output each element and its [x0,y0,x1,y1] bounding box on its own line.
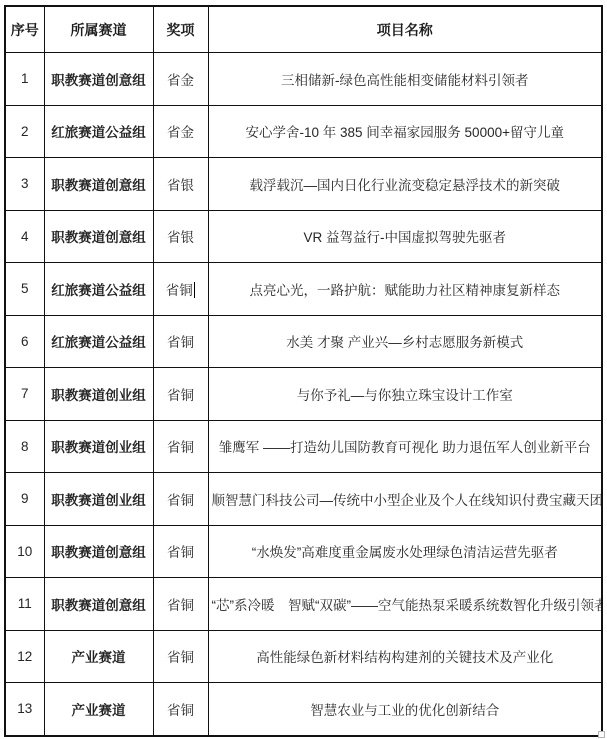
cell-text: 载浮载沉—国内日化行业流变稳定悬浮技术的新突破 [250,178,561,193]
column-header-track[interactable]: 所属赛道 [44,6,153,53]
cell-track[interactable]: 职教赛道创业组 [44,368,153,421]
cell-text: 红旅赛道公益组 [51,125,146,140]
cell-project[interactable]: 载浮载沉—国内日化行业流变稳定悬浮技术的新突破 [208,158,602,211]
cell-text: 省铜 [167,598,194,613]
cell-text: 6 [21,334,29,349]
cell-index[interactable]: 9 [5,473,44,526]
cell-award[interactable]: 省铜 [153,473,208,526]
table-row: 4职教赛道创意组省银VR 益驾益行-中国虚拟驾驶先驱者 [5,210,602,263]
cell-text: 省铜 [167,335,194,350]
cell-award[interactable]: 省铜 [153,368,208,421]
cell-text: 三相储新-绿色高性能相变储能材料引领者 [281,73,529,88]
cell-track[interactable]: 产业赛道 [44,683,153,736]
cell-index[interactable]: 10 [5,525,44,578]
table-row: 8职教赛道创业组省铜雏鹰军 ——打造幼儿国防教育可视化 助力退伍军人创业新平台 [5,420,602,473]
cell-text: 省铜 [167,493,194,508]
cell-award[interactable]: 省银 [153,210,208,263]
cell-text: 4 [21,229,29,244]
cell-text: 省银 [167,230,194,245]
cell-track[interactable]: 红旅赛道公益组 [44,105,153,158]
cell-text: 省铜 [167,440,194,455]
cell-track[interactable]: 红旅赛道公益组 [44,263,153,316]
cell-track[interactable]: 红旅赛道公益组 [44,315,153,368]
cell-award[interactable]: 省金 [153,105,208,158]
cell-text: 职教赛道创业组 [51,493,146,508]
cell-index[interactable]: 13 [5,683,44,736]
table-row: 10职教赛道创意组省铜“水焕发”高难度重金属废水处理绿色清洁运营先驱者 [5,525,602,578]
cell-project[interactable]: 智慧农业与工业的优化创新结合 [208,683,602,736]
table-row: 2红旅赛道公益组省金安心学舍-10 年 385 间幸福家园服务 50000+留守… [5,105,602,158]
cell-index[interactable]: 2 [5,105,44,158]
header-row: 序号所属赛道奖项项目名称 [5,6,602,53]
cell-index[interactable]: 6 [5,315,44,368]
cell-text: 9 [21,491,29,506]
cell-track[interactable]: 职教赛道创意组 [44,158,153,211]
cell-track[interactable]: 职教赛道创业组 [44,473,153,526]
cell-project[interactable]: 点亮心光，一路护航：赋能助力社区精神康复新样态 [208,263,602,316]
cell-text: 与你予礼—与你独立珠宝设计工作室 [297,388,513,403]
cell-text: 省金 [167,125,194,140]
column-header-label: 序号 [11,22,39,38]
table-row: 5红旅赛道公益组省铜点亮心光，一路护航：赋能助力社区精神康复新样态 [5,263,602,316]
cell-text: 3 [21,176,29,191]
cell-track[interactable]: 职教赛道创意组 [44,210,153,263]
cell-text: 职教赛道创意组 [51,73,146,88]
cell-index[interactable]: 11 [5,578,44,631]
cell-text: 1 [21,71,29,86]
cell-text: 职教赛道创意组 [51,598,146,613]
cell-text: 5 [21,281,29,296]
table-row: 3职教赛道创意组省银载浮载沉—国内日化行业流变稳定悬浮技术的新突破 [5,158,602,211]
cell-text: 职教赛道创意组 [51,230,146,245]
cell-index[interactable]: 1 [5,53,44,106]
cell-project[interactable]: VR 益驾益行-中国虚拟驾驶先驱者 [208,210,602,263]
cell-text: 智慧农业与工业的优化创新结合 [310,703,499,718]
cell-index[interactable]: 7 [5,368,44,421]
cell-text: 职教赛道创意组 [51,545,146,560]
cell-text: 产业赛道 [72,650,126,665]
cell-text: 高性能绿色新材料结构构建剂的关键技术及产业化 [256,650,553,665]
cell-text: “芯”系冷暖 智赋“双碳”——空气能热泵采暖系统数智化升级引领者 [212,598,603,613]
cell-text: 8 [21,439,29,454]
column-header-label: 项目名称 [377,22,433,38]
cell-text: 红旅赛道公益组 [51,283,146,298]
table-row: 12产业赛道省铜高性能绿色新材料结构构建剂的关键技术及产业化 [5,630,602,683]
cell-text: 安心学舍-10 年 385 间幸福家园服务 50000+留守儿童 [246,125,564,140]
table-row: 6红旅赛道公益组省铜水美 才聚 产业兴—乡村志愿服务新模式 [5,315,602,368]
cell-award[interactable]: 省银 [153,158,208,211]
cell-text: 11 [18,596,32,611]
cell-text: 省铜 [167,545,194,560]
cell-award[interactable]: 省铜 [153,525,208,578]
document-page: 序号所属赛道奖项项目名称 1职教赛道创意组省金三相储新-绿色高性能相变储能材料引… [0,0,607,739]
table-row: 13产业赛道省铜智慧农业与工业的优化创新结合 [5,683,602,736]
cell-text: 省铜 [167,388,194,403]
table-row: 9职教赛道创业组省铜顺智慧门科技公司—传统中小型企业及个人在线知识付费宝藏天团 [5,473,602,526]
cell-award[interactable]: 省铜 [153,578,208,631]
cell-project[interactable]: 顺智慧门科技公司—传统中小型企业及个人在线知识付费宝藏天团 [208,473,602,526]
cell-text: 点亮心光，一路护航：赋能助力社区精神康复新样态 [250,283,561,298]
cell-project[interactable]: 与你予礼—与你独立珠宝设计工作室 [208,368,602,421]
column-header-award[interactable]: 奖项 [153,6,208,53]
cell-index[interactable]: 5 [5,263,44,316]
cell-text: 10 [17,544,32,559]
cell-text: 红旅赛道公益组 [51,335,146,350]
column-header-label: 奖项 [167,22,195,38]
cell-track[interactable]: 职教赛道创意组 [44,53,153,106]
table-row: 11职教赛道创意组省铜“芯”系冷暖 智赋“双碳”——空气能热泵采暖系统数智化升级… [5,578,602,631]
cell-project[interactable]: 水美 才聚 产业兴—乡村志愿服务新模式 [208,315,602,368]
table-resize-handle[interactable] [598,731,605,738]
cell-text: 省金 [167,73,194,88]
table-row: 1职教赛道创意组省金三相储新-绿色高性能相变储能材料引领者 [5,53,602,106]
cell-text: VR 益驾益行-中国虚拟驾驶先驱者 [304,230,507,245]
cell-text: 产业赛道 [72,703,126,718]
cell-project[interactable]: 雏鹰军 ——打造幼儿国防教育可视化 助力退伍军人创业新平台 [208,420,602,473]
cell-project[interactable]: 高性能绿色新材料结构构建剂的关键技术及产业化 [208,630,602,683]
table-row: 7职教赛道创业组省铜与你予礼—与你独立珠宝设计工作室 [5,368,602,421]
cell-project[interactable]: 安心学舍-10 年 385 间幸福家园服务 50000+留守儿童 [208,105,602,158]
cell-text: 7 [21,386,29,401]
cell-track[interactable]: 职教赛道创意组 [44,525,153,578]
cell-project[interactable]: “芯”系冷暖 智赋“双碳”——空气能热泵采暖系统数智化升级引领者 [208,578,602,631]
cell-award[interactable]: 省铜 [153,420,208,473]
cell-text: 13 [17,701,32,716]
cell-text: 水美 才聚 产业兴—乡村志愿服务新模式 [286,335,523,350]
cell-text: “水焕发”高难度重金属废水处理绿色清洁运营先驱者 [252,545,558,560]
text-caret [194,282,196,298]
cell-text: 职教赛道创业组 [51,388,146,403]
column-header-label: 所属赛道 [71,22,127,38]
cell-award[interactable]: 省铜 [153,683,208,736]
cell-index[interactable]: 8 [5,420,44,473]
cell-project[interactable]: 三相储新-绿色高性能相变储能材料引领者 [208,53,602,106]
cell-text: 省银 [167,178,194,193]
cell-index[interactable]: 4 [5,210,44,263]
cell-award[interactable]: 省铜 [153,315,208,368]
cell-text: 职教赛道创业组 [51,440,146,455]
cell-text: 12 [17,649,32,664]
awards-table: 序号所属赛道奖项项目名称 1职教赛道创意组省金三相储新-绿色高性能相变储能材料引… [4,5,603,737]
column-header-project[interactable]: 项目名称 [208,6,602,53]
cell-text: 省铜 [166,283,193,298]
cell-award[interactable]: 省铜 [153,263,208,316]
cell-index[interactable]: 12 [5,630,44,683]
cell-text: 省铜 [167,703,194,718]
cell-project[interactable]: “水焕发”高难度重金属废水处理绿色清洁运营先驱者 [208,525,602,578]
cell-text: 顺智慧门科技公司—传统中小型企业及个人在线知识付费宝藏天团 [212,493,603,508]
cell-award[interactable]: 省金 [153,53,208,106]
cell-text: 职教赛道创意组 [51,178,146,193]
cell-index[interactable]: 3 [5,158,44,211]
cell-track[interactable]: 职教赛道创业组 [44,420,153,473]
column-header-index[interactable]: 序号 [5,6,44,53]
cell-text: 省铜 [167,650,194,665]
cell-track[interactable]: 产业赛道 [44,630,153,683]
cell-text: 雏鹰军 ——打造幼儿国防教育可视化 助力退伍军人创业新平台 [219,440,591,455]
cell-text: 2 [21,124,29,139]
cell-award[interactable]: 省铜 [153,630,208,683]
cell-track[interactable]: 职教赛道创意组 [44,578,153,631]
